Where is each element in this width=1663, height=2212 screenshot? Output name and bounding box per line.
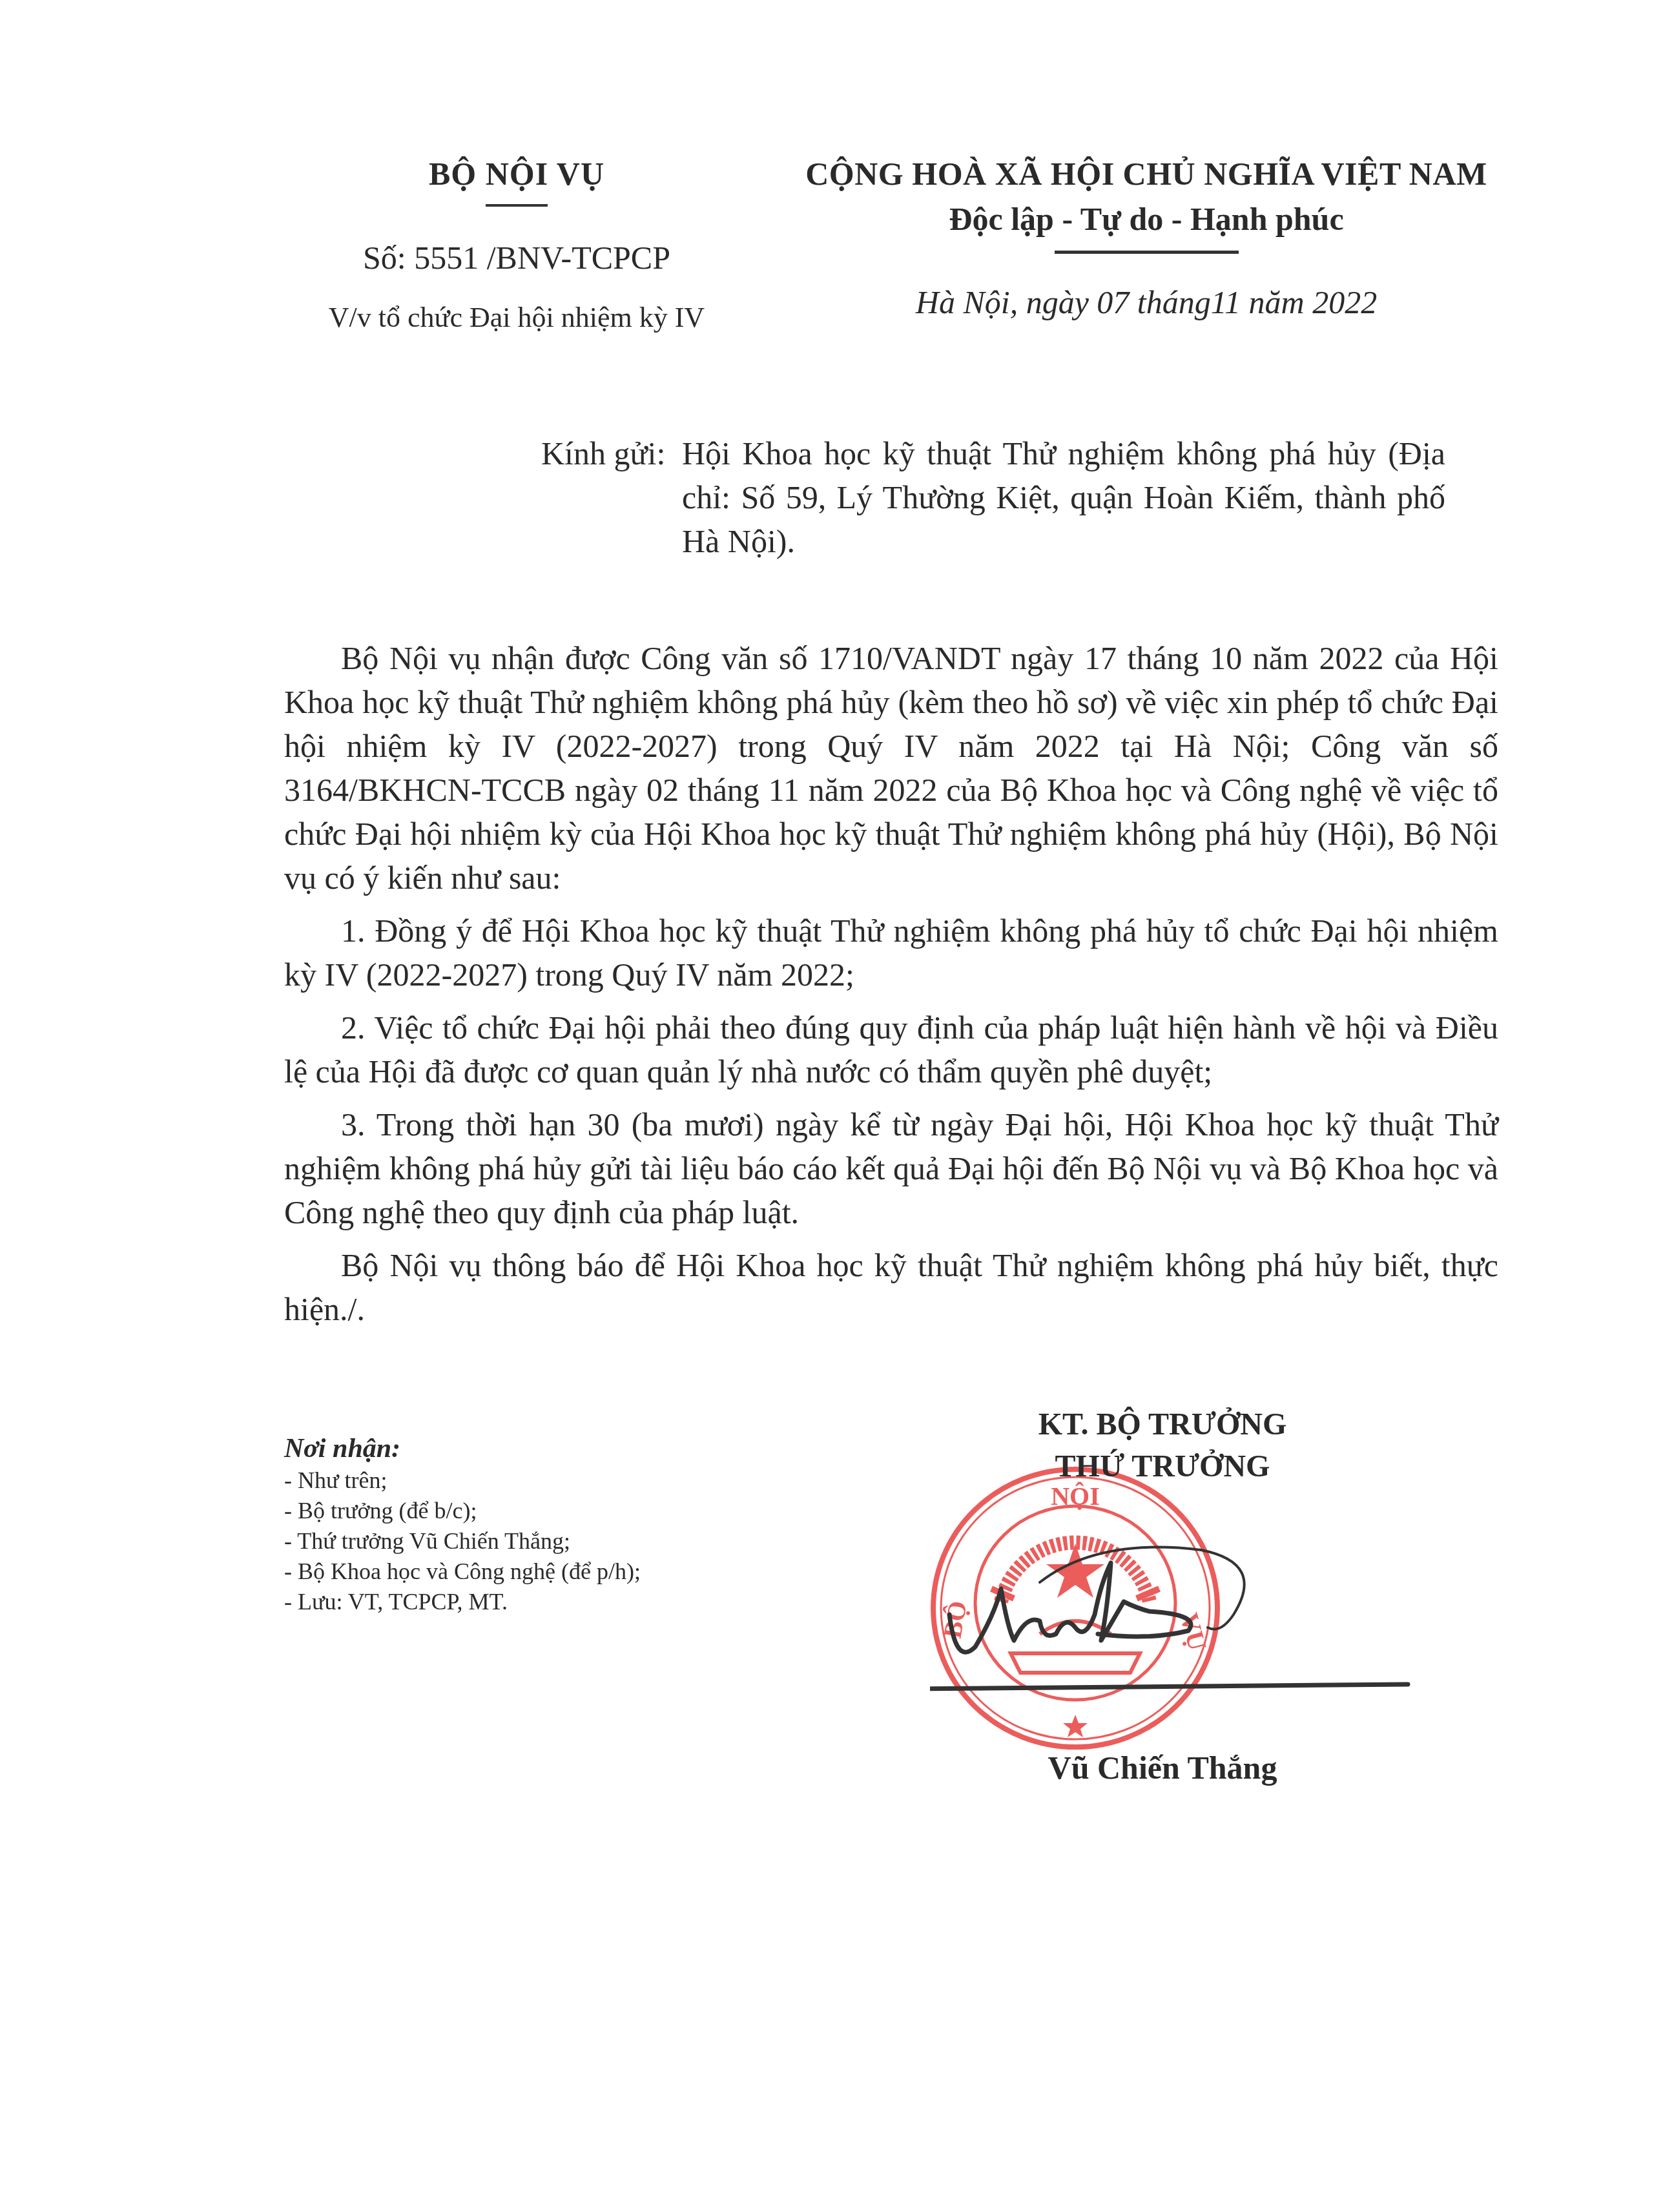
body-paragraph-intro: Bộ Nội vụ nhận được Công văn số 1710/VAN… [284,636,1498,900]
issuer-block: BỘ NỘI VỤ Số: 5551 /BNV-TCPCP V/v tổ chứ… [271,155,762,334]
handwritten-signature-icon [930,1537,1421,1699]
recipient-label: Kính gửi: [541,431,665,475]
recipients-title: Nơi nhận: [284,1434,865,1464]
stamp-text-top: NỘI [1051,1482,1100,1511]
letter-body: Bộ Nội vụ nhận được Công văn số 1710/VAN… [284,636,1498,1340]
recipient-value: Hội Khoa học kỹ thuật Thử nghiệm không p… [682,431,1445,563]
body-paragraph-item-2: 2. Việc tổ chức Đại hội phải theo đúng q… [284,1006,1498,1093]
body-paragraph-item-3: 3. Trong thời hạn 30 (ba mươi) ngày kể t… [284,1102,1498,1234]
body-paragraph-closing: Bộ Nội vụ thông báo để Hội Khoa học kỹ t… [284,1243,1498,1331]
ministry-name: BỘ NỘI VỤ [271,155,762,192]
body-paragraph-item-1: 1. Đồng ý để Hội Khoa học kỹ thuật Thử n… [284,909,1498,997]
recipients-item: - Lưu: VT, TCPCP, MT. [284,1587,865,1617]
national-motto: Độc lập - Tự do - Hạnh phúc [775,200,1518,238]
recipients-item: - Như trên; [284,1465,865,1496]
motto-underline [1055,251,1239,254]
ministry-underline [486,204,548,207]
signer-role-line2: THỨ TRƯỞNG [904,1449,1421,1484]
signer-role-line1: KT. BỘ TRƯỞNG [904,1407,1421,1442]
recipients-list: Nơi nhận: - Như trên; - Bộ trưởng (để b/… [284,1434,865,1617]
recipients-item: - Bộ trưởng (để b/c); [284,1496,865,1526]
signature-block: KT. BỘ TRƯỞNG THỨ TRƯỞNG Vũ Chiến Thắng [904,1407,1421,1484]
signer-name: Vũ Chiến Thắng [904,1749,1421,1786]
recipients-item: - Thứ trưởng Vũ Chiến Thắng; [284,1526,865,1556]
document-subject: V/v tổ chức Đại hội nhiệm kỳ IV [271,301,762,334]
recipients-item: - Bộ Khoa học và Công nghệ (để p/h); [284,1556,865,1587]
nation-title: CỘNG HOÀ XÃ HỘI CHỦ NGHĨA VIỆT NAM [775,155,1518,192]
place-date: Hà Nội, ngày 07 tháng11 năm 2022 [775,284,1518,321]
national-header: CỘNG HOÀ XÃ HỘI CHỦ NGHĨA VIỆT NAM Độc l… [775,155,1518,321]
recipient-block: Kính gửi: Hội Khoa học kỹ thuật Thử nghi… [541,431,1445,563]
document-number: Số: 5551 /BNV-TCPCP [271,239,762,276]
